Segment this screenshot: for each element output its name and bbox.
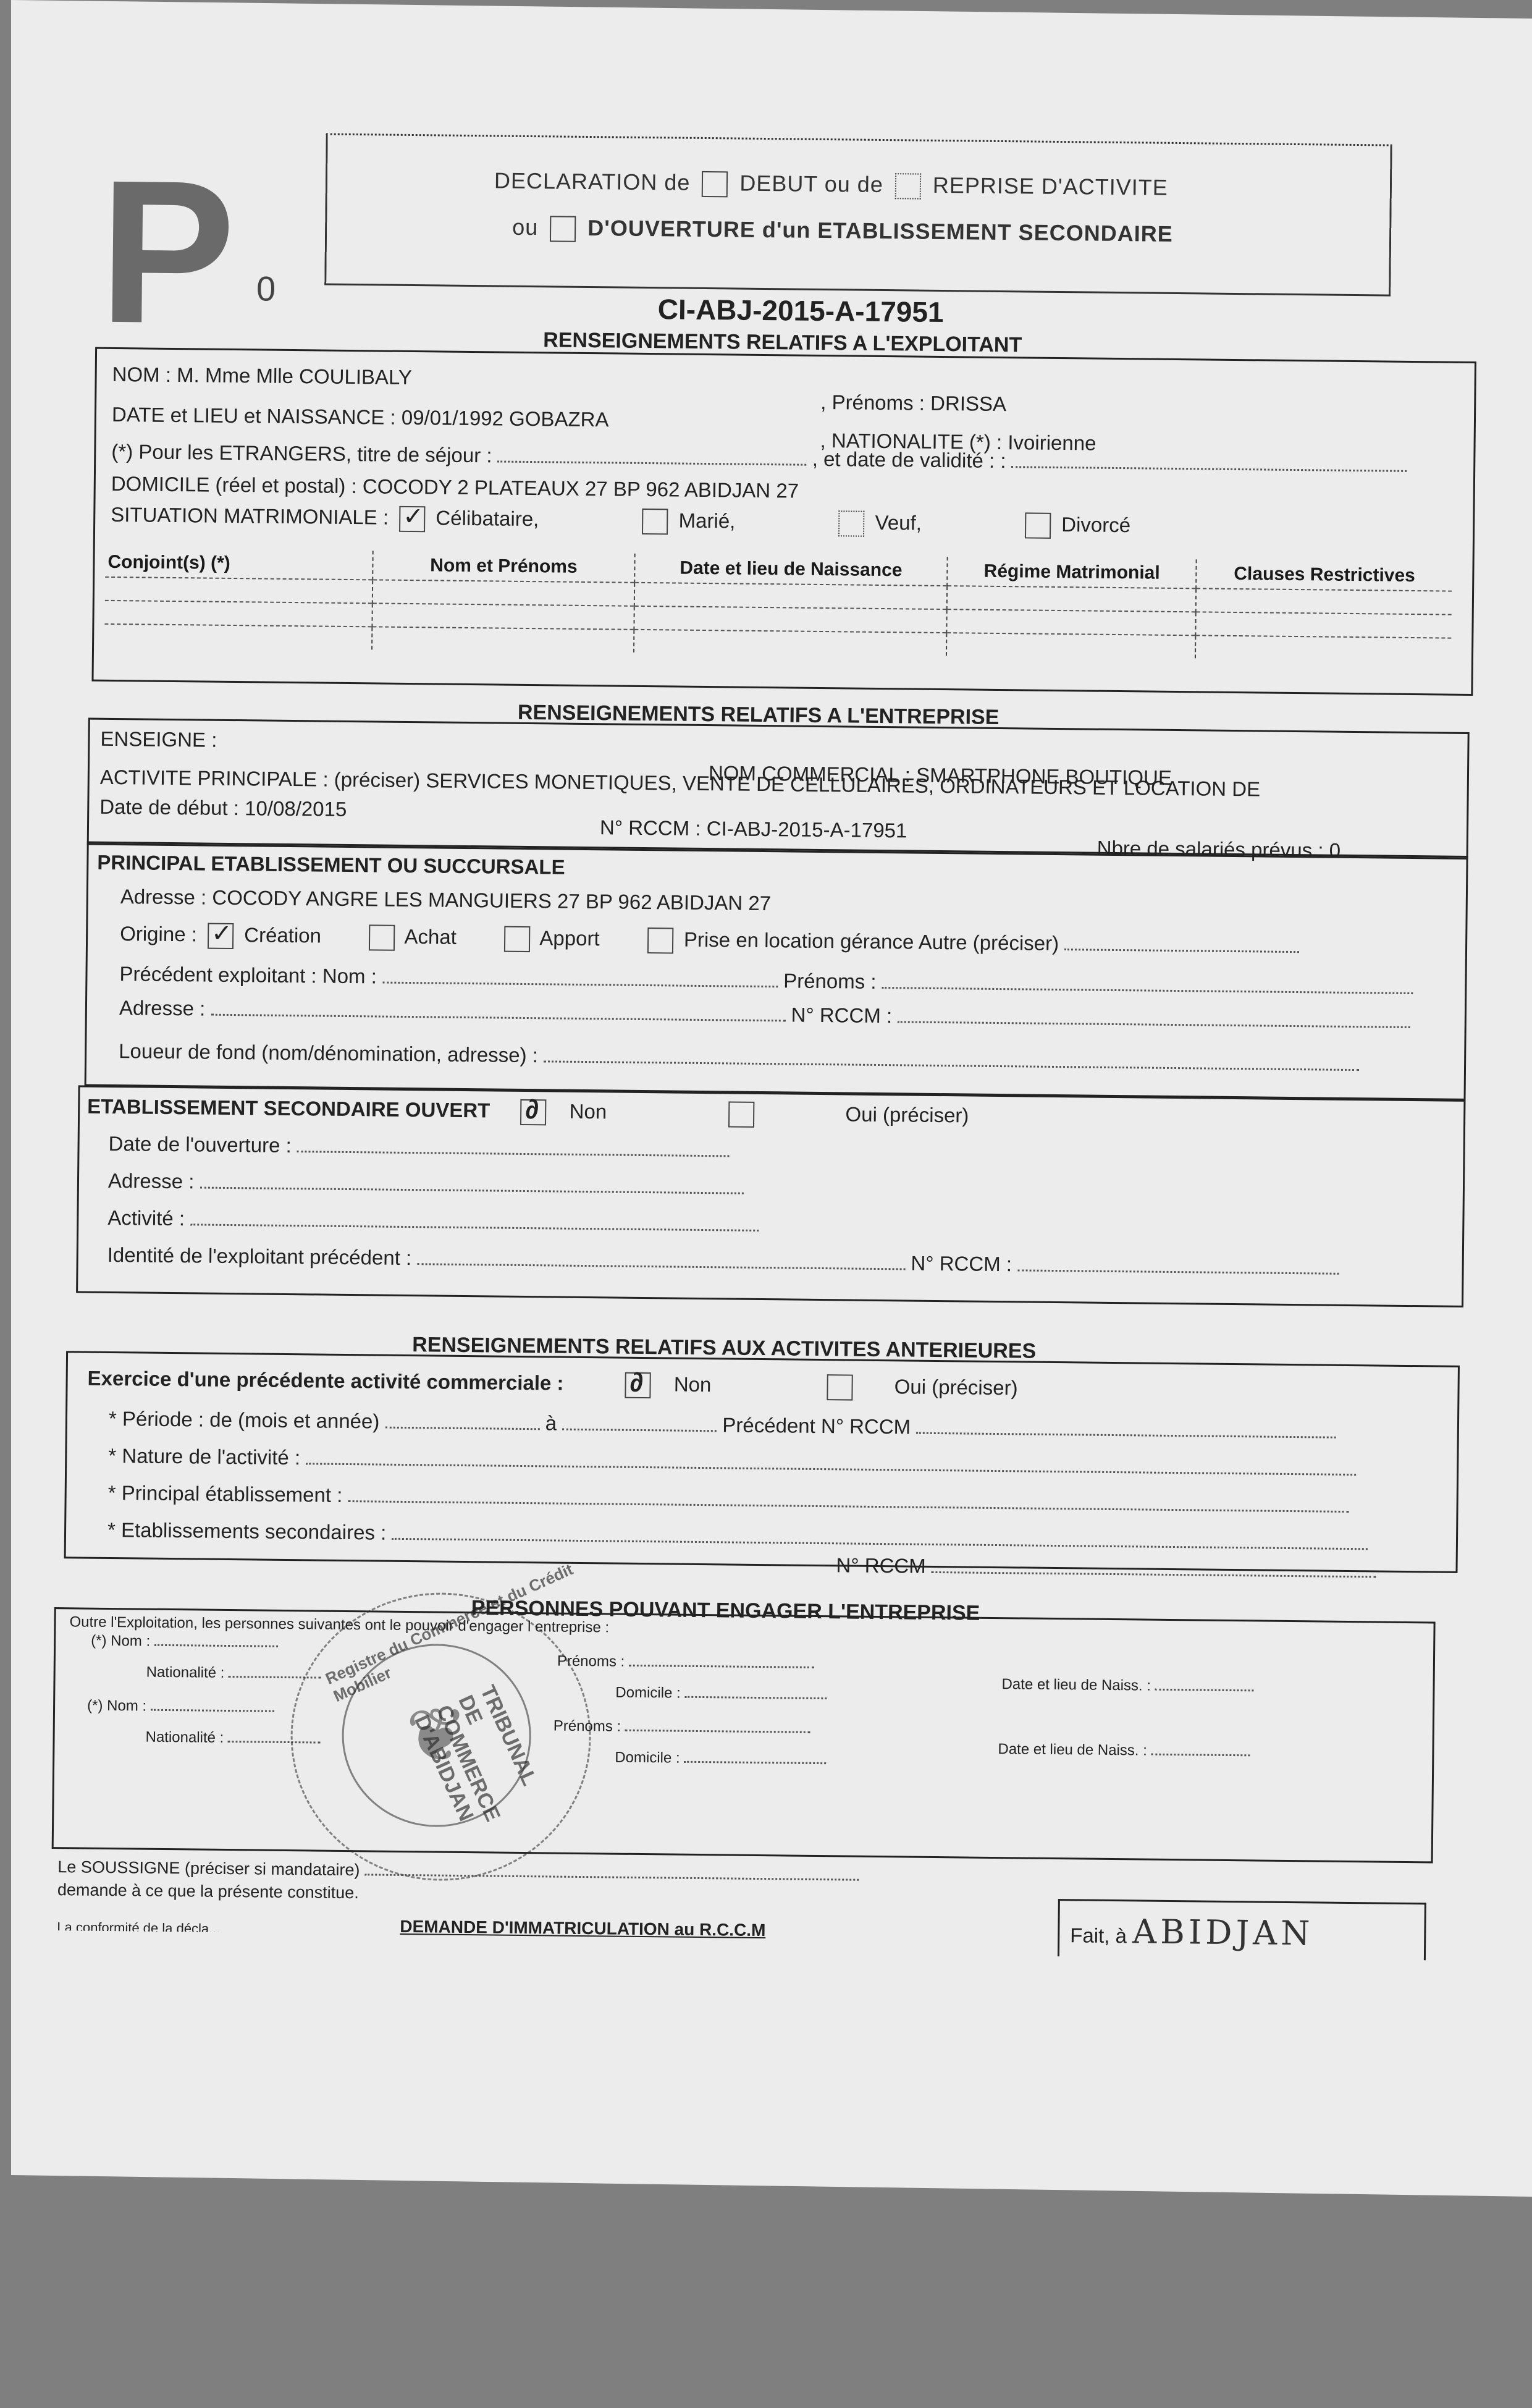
soussigne-label: Le SOUSSIGNE (préciser si mandataire) — [57, 1857, 360, 1879]
origine-label: Origine : — [120, 922, 197, 945]
soussigne-input[interactable] — [364, 1862, 859, 1880]
official-stamp: ❦ TRIBUNAL DE COMMERCE D'ABIDJAN Registr… — [289, 1591, 592, 1882]
creation-label: Création — [244, 923, 321, 947]
reprise-label: REPRISE D'ACTIVITE — [933, 172, 1168, 200]
location-gerance-checkbox[interactable] — [647, 927, 673, 953]
cell[interactable] — [372, 603, 634, 629]
situation-label: SITUATION MATRIMONIALE : — [111, 503, 389, 529]
sec-rccm-input[interactable] — [1017, 1253, 1339, 1274]
autre-input[interactable] — [1064, 932, 1299, 953]
secondaire-non-checkbox[interactable] — [520, 1099, 546, 1125]
fait-value[interactable]: ABIDJAN — [1132, 1912, 1314, 1953]
declaration-label: DECLARATION de — [494, 167, 691, 195]
p2-nom-field: (*) Nom : — [87, 1697, 274, 1717]
form-number: 0 — [256, 268, 276, 308]
prec-prenoms-input[interactable] — [882, 971, 1413, 994]
p1-nationalite-field: Nationalité : — [146, 1664, 322, 1683]
p2-prenoms-field: Prénoms : — [553, 1718, 810, 1738]
p1-domicile-field: Domicile : — [615, 1684, 827, 1704]
soussigne-line2: demande à ce que la présente constitue. — [57, 1880, 359, 1903]
prec-nom-input[interactable] — [382, 966, 778, 988]
p2-naiss-input[interactable] — [1151, 1744, 1250, 1757]
p2-nationalite-label: Nationalité : — [145, 1729, 224, 1746]
apport-label: Apport — [539, 926, 600, 950]
loueur-label: Loueur de fond (nom/dénomination, adress… — [119, 1039, 538, 1067]
anterieures-oui-checkbox[interactable] — [827, 1374, 852, 1400]
date-debut-value[interactable]: 10/08/2015 — [245, 796, 347, 821]
secondaires-ant-label: * Etablissements secondaires : — [107, 1518, 387, 1544]
principal-ant-label: * Principal établissement : — [108, 1481, 343, 1506]
prenoms-label: , Prénoms : — [820, 391, 925, 415]
entreprise-rccm-label: N° RCCM : — [600, 816, 701, 840]
cell[interactable] — [947, 586, 1197, 612]
cell[interactable] — [634, 583, 947, 609]
p1-nom-label: (*) Nom : — [91, 1633, 150, 1650]
nom-value[interactable]: COULIBALY — [299, 365, 412, 389]
col-conjoint: Conjoint(s) (*) — [105, 548, 372, 580]
domicile-label: DOMICILE (réel et postal) : — [111, 472, 357, 497]
p2-domicile-input[interactable] — [684, 1751, 826, 1764]
domicile-value[interactable]: COCODY 2 PLATEAUX 27 BP 962 ABIDJAN 27 — [363, 475, 799, 502]
veuf-label: Veuf, — [875, 511, 922, 534]
nom-label: NOM : M. Mme Mlle — [112, 363, 293, 387]
entreprise-rccm-field: N° RCCM : CI-ABJ-2015-A-17951 — [600, 816, 907, 842]
prec-rccm-ant-label: Précédent N° RCCM — [722, 1413, 911, 1438]
rccm-ant-field: N° RCCM — [836, 1553, 1376, 1582]
achat-checkbox[interactable] — [369, 925, 395, 951]
cell[interactable] — [634, 606, 946, 633]
cell[interactable] — [104, 624, 372, 650]
cell[interactable] — [372, 627, 634, 652]
ouverture-checkbox[interactable] — [550, 216, 576, 242]
apport-checkbox[interactable] — [504, 926, 530, 952]
cell[interactable] — [1196, 588, 1452, 614]
col-regime: Régime Matrimonial — [947, 557, 1197, 588]
p2-nom-input[interactable] — [151, 1699, 274, 1712]
divorce-label: Divorcé — [1061, 513, 1130, 536]
secondaire-oui-checkbox[interactable] — [728, 1102, 754, 1128]
divorce-checkbox[interactable] — [1025, 513, 1051, 539]
p1-domicile-input[interactable] — [684, 1686, 827, 1699]
periode-a-input[interactable] — [562, 1413, 717, 1432]
celibataire-label: Célibataire, — [436, 506, 539, 530]
conjoint-table: Conjoint(s) (*) Nom et Prénoms Date et l… — [104, 548, 1452, 661]
cell[interactable] — [372, 580, 634, 606]
prenoms-value[interactable]: DRISSA — [930, 392, 1006, 415]
form-sheet: P 0 DECLARATION de DEBUT ou de REPRISE D… — [0, 0, 1532, 2241]
p2-domicile-label: Domicile : — [615, 1749, 680, 1767]
p1-prenoms-field: Prénoms : — [557, 1653, 814, 1673]
sec-date-input[interactable] — [297, 1134, 730, 1157]
debut-checkbox[interactable] — [702, 171, 728, 197]
validite-input[interactable] — [1012, 450, 1407, 472]
validite-label: , et date de validité : : — [812, 447, 1006, 472]
autre-label: Autre (préciser) — [919, 931, 1059, 955]
rccm-number: CI-ABJ-2015-A-17951 — [658, 292, 944, 329]
nom-field: NOM : M. Mme Mlle COULIBALY — [112, 363, 412, 389]
declaration-box: DECLARATION de DEBUT ou de REPRISE D'ACT… — [324, 133, 1392, 297]
naissance-value[interactable]: 09/01/1992 GOBAZRA — [402, 406, 609, 431]
cell[interactable] — [634, 630, 946, 656]
marie-label: Marié, — [678, 509, 735, 533]
p2-prenoms-input[interactable] — [625, 1720, 810, 1733]
p1-domicile-label: Domicile : — [615, 1684, 681, 1702]
cell[interactable] — [105, 577, 372, 604]
date-debut-label: Date de début : — [99, 795, 239, 819]
col-naissance: Date et lieu de Naissance — [634, 554, 948, 586]
declaration-line-1: DECLARATION de DEBUT ou de REPRISE D'ACT… — [494, 167, 1168, 202]
p2-nom-label: (*) Nom : — [87, 1697, 146, 1715]
prec-rccm-ant-input[interactable] — [916, 1416, 1336, 1438]
section-title-principal: PRINCIPAL ETABLISSEMENT OU SUCCURSALE — [97, 851, 565, 879]
sec-identite-label: Identité de l'exploitant précédent : — [107, 1243, 412, 1269]
location-gerance-label: Prise en location gérance — [684, 928, 914, 953]
debut-label: DEBUT ou de — [739, 171, 883, 197]
periode-de-input[interactable] — [385, 1411, 539, 1430]
periode-label: * Période : de (mois et année) — [109, 1407, 380, 1433]
titre-sejour-input[interactable] — [498, 444, 807, 465]
p1-naiss-field: Date et lieu de Naiss. : — [1001, 1676, 1253, 1696]
enseigne-label: ENSEIGNE : — [100, 727, 217, 751]
fait-label: Fait, à — [1070, 1924, 1127, 1947]
prec-prenoms-label: Prénoms : — [783, 969, 877, 993]
prec-rccm-input[interactable] — [898, 1005, 1410, 1028]
naissance-label: DATE et LIEU et NAISSANCE : — [112, 403, 396, 429]
enseigne-field: ENSEIGNE : — [100, 727, 217, 752]
nature-label: * Nature de l'activité : — [108, 1444, 300, 1469]
sec-rccm-label: N° RCCM : — [911, 1252, 1012, 1276]
veuf-checkbox[interactable] — [838, 511, 864, 537]
conformite-text: La conformité de la décla... — [57, 1919, 220, 1932]
celibataire-checkbox[interactable] — [399, 506, 425, 532]
exercice-label: Exercice d'une précédente activité comme… — [87, 1367, 563, 1395]
sec-identite-input[interactable] — [417, 1247, 905, 1270]
activite-label: ACTIVITE PRINCIPALE : (préciser) — [100, 766, 421, 792]
date-debut-field: Date de début : 10/08/2015 — [99, 795, 347, 821]
p1-nom-input[interactable] — [154, 1634, 278, 1647]
secondaire-non-label: Non — [569, 1100, 607, 1123]
prec-nom-label: Précédent exploitant : Nom : — [119, 962, 377, 987]
prec-rccm-label: N° RCCM : — [791, 1003, 892, 1028]
secondaire-title: ETABLISSEMENT SECONDAIRE OUVERT — [87, 1095, 490, 1122]
p1-nationalite-label: Nationalité : — [146, 1664, 225, 1681]
periode-a-label: à — [545, 1411, 557, 1434]
rccm-ant-input[interactable] — [932, 1555, 1376, 1578]
rccm-ant-label: N° RCCM — [836, 1553, 926, 1578]
creation-checkbox[interactable] — [208, 923, 234, 949]
ou-label: ou — [512, 214, 538, 240]
p1-nom-field: (*) Nom : — [91, 1633, 278, 1652]
secondaire-oui-label: Oui (préciser) — [845, 1102, 969, 1126]
p1-naiss-label: Date et lieu de Naiss. : — [1001, 1676, 1151, 1694]
ouverture-label: D'OUVERTURE d'un ETABLISSEMENT SECONDAIR… — [587, 215, 1173, 247]
p1-prenoms-input[interactable] — [629, 1655, 814, 1668]
cell[interactable] — [946, 633, 1196, 658]
cell[interactable] — [1196, 612, 1452, 638]
etrangers-label: (*) Pour les ETRANGERS, titre de séjour … — [111, 440, 492, 467]
achat-label: Achat — [404, 925, 457, 948]
anterieures-oui-label: Oui (préciser) — [894, 1375, 1018, 1399]
reprise-checkbox[interactable] — [895, 174, 921, 200]
principal-adresse-label: Adresse : — [120, 885, 207, 908]
prenoms-field: , Prénoms : DRISSA — [820, 391, 1006, 416]
demande-title: DEMANDE D'IMMATRICULATION au R.C.C.M — [400, 1917, 765, 1940]
anterieures-non-checkbox[interactable] — [625, 1372, 650, 1398]
anterieures-non-label: Non — [674, 1373, 712, 1396]
form-letter: P — [98, 150, 237, 355]
p2-naiss-label: Date et lieu de Naiss. : — [998, 1741, 1147, 1759]
marie-checkbox[interactable] — [642, 509, 668, 534]
p1-naiss-input[interactable] — [1155, 1679, 1254, 1692]
sec-adresse-label: Adresse : — [108, 1169, 195, 1193]
sec-activite-label: Activité : — [107, 1206, 185, 1230]
p2-naiss-field: Date et lieu de Naiss. : — [998, 1741, 1250, 1760]
col-nom-prenoms: Nom et Prénoms — [372, 551, 634, 582]
cell[interactable] — [946, 609, 1196, 635]
sec-date-label: Date de l'ouverture : — [108, 1132, 292, 1157]
prec-adresse-label: Adresse : — [119, 996, 206, 1020]
entreprise-rccm-value[interactable]: CI-ABJ-2015-A-17951 — [707, 817, 907, 842]
declaration-line-2: ou D'OUVERTURE d'un ETABLISSEMENT SECOND… — [512, 214, 1173, 249]
cell[interactable] — [1195, 635, 1451, 661]
fait-field: Fait, à ABIDJAN — [1070, 1911, 1314, 1953]
soussigne-field: Le SOUSSIGNE (préciser si mandataire) — [57, 1857, 859, 1885]
cell[interactable] — [104, 601, 372, 627]
p2-domicile-field: Domicile : — [615, 1749, 826, 1769]
col-clauses: Clauses Restrictives — [1197, 559, 1452, 591]
